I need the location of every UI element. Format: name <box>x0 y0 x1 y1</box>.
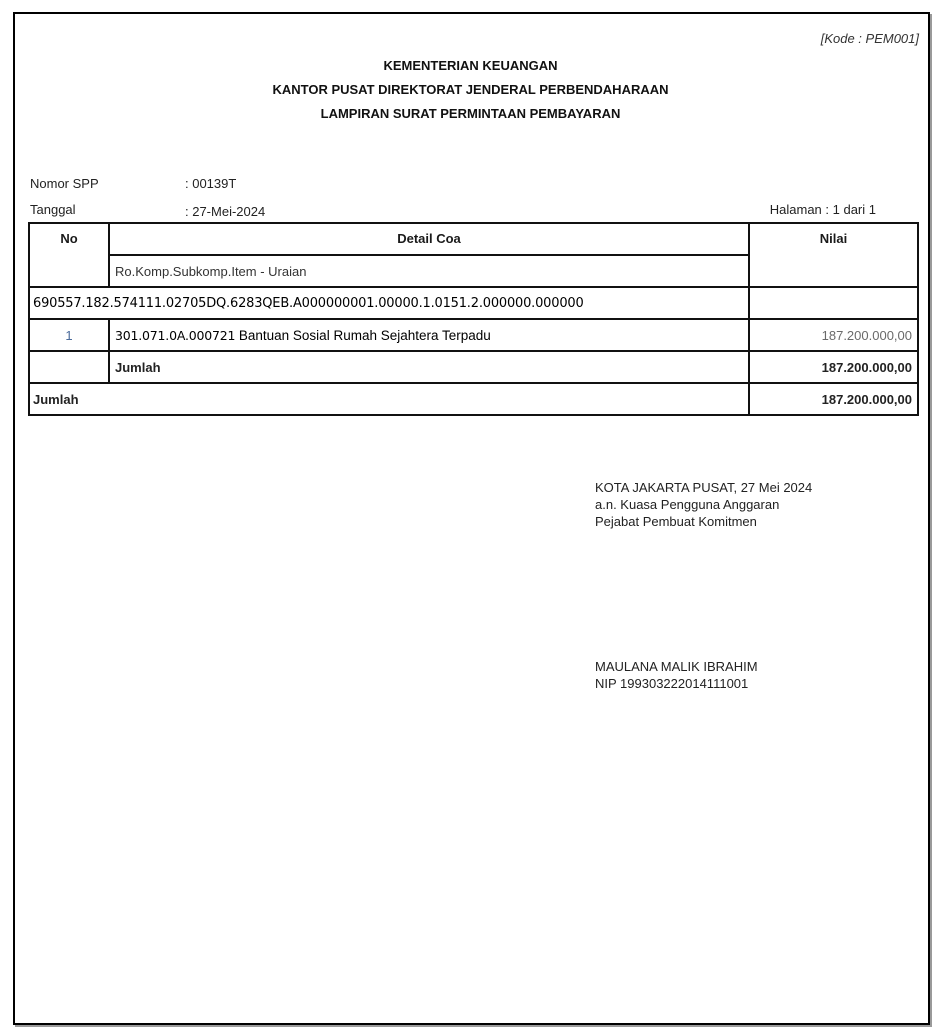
office-title: KANTOR PUSAT DIREKTORAT JENDERAL PERBEND… <box>0 82 941 97</box>
header-sub-detail: Ro.Komp.Subkomp.Item - Uraian <box>109 255 749 287</box>
row-uraian: Bantuan Sosial Rumah Sejahtera Terpadu <box>239 328 491 343</box>
signatory-block: MAULANA MALIK IBRAHIM NIP 19930322201411… <box>595 658 758 692</box>
header-no: No <box>29 223 109 287</box>
signature-on-behalf: a.n. Kuasa Pengguna Anggaran <box>595 496 812 513</box>
row-nilai: 187.200.000,00 <box>749 319 918 351</box>
header-nilai: Nilai <box>749 223 918 287</box>
table-header-row: No Detail Coa Nilai <box>29 223 918 255</box>
total-label: Jumlah <box>29 383 749 415</box>
page-shadow <box>15 1025 932 1027</box>
page-shadow <box>930 14 932 1027</box>
coa-code-nilai <box>749 287 918 319</box>
total-row: Jumlah 187.200.000,00 <box>29 383 918 415</box>
coa-code-row: 690557.182.574111.02705DQ.6283QEB.A00000… <box>29 287 918 319</box>
signature-position: Pejabat Pembuat Komitmen <box>595 513 812 530</box>
row-code: 301.071.0A.000721 <box>115 328 235 343</box>
row-no: 1 <box>29 319 109 351</box>
signature-place-date: KOTA JAKARTA PUSAT, 27 Mei 2024 <box>595 479 812 496</box>
coa-table: No Detail Coa Nilai Ro.Komp.Subkomp.Item… <box>28 222 919 416</box>
tanggal-label: Tanggal <box>30 202 76 217</box>
row-detail: 301.071.0A.000721 Bantuan Sosial Rumah S… <box>109 319 749 351</box>
subtotal-label: Jumlah <box>109 351 749 383</box>
nomor-spp-label: Nomor SPP <box>30 176 99 191</box>
total-value: 187.200.000,00 <box>749 383 918 415</box>
subtotal-row: Jumlah 187.200.000,00 <box>29 351 918 383</box>
signatory-name: MAULANA MALIK IBRAHIM <box>595 658 758 675</box>
subtotal-value: 187.200.000,00 <box>749 351 918 383</box>
table-row: 1 301.071.0A.000721 Bantuan Sosial Rumah… <box>29 319 918 351</box>
signature-block: KOTA JAKARTA PUSAT, 27 Mei 2024 a.n. Kua… <box>595 479 812 530</box>
signatory-nip: NIP 199303222014111001 <box>595 675 758 692</box>
header-detail-coa: Detail Coa <box>109 223 749 255</box>
subtotal-no <box>29 351 109 383</box>
coa-code: 690557.182.574111.02705DQ.6283QEB.A00000… <box>29 287 749 319</box>
document-code: [Kode : PEM001] <box>821 31 919 46</box>
document-title: LAMPIRAN SURAT PERMINTAAN PEMBAYARAN <box>0 106 941 121</box>
nomor-spp-value: : 00139T <box>185 176 236 191</box>
tanggal-value: : 27-Mei-2024 <box>185 204 265 219</box>
page-indicator: Halaman : 1 dari 1 <box>770 202 876 217</box>
ministry-title: KEMENTERIAN KEUANGAN <box>0 58 941 73</box>
